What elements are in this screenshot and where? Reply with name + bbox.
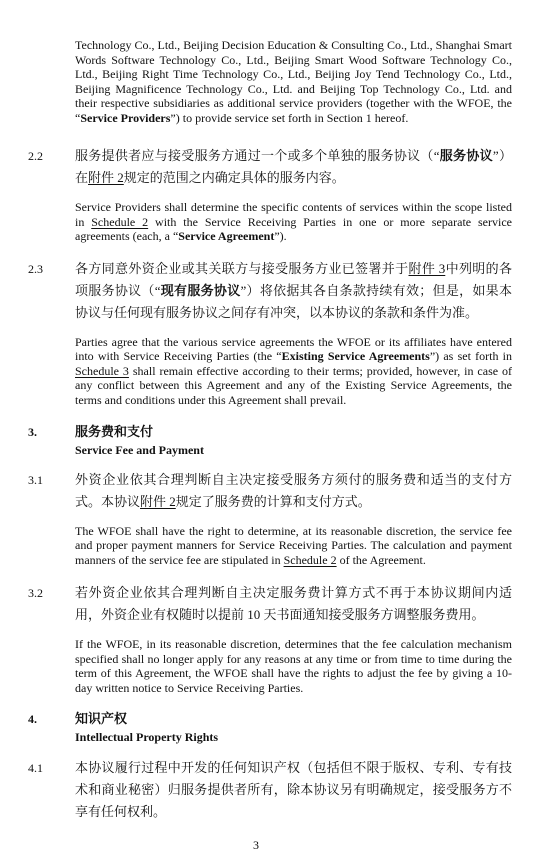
heading-title-en: Service Fee and Payment [75, 443, 512, 458]
paragraph-zh: 外资企业依其合理判断自主决定接受服务方须付的服务费和适当的支付方式。本协议附件 … [75, 469, 512, 513]
intro-paragraph-row: Technology Co., Ltd., Beijing Decision E… [28, 38, 512, 125]
heading-title-zh: 知识产权 [75, 708, 512, 730]
paragraph-zh: 服务提供者应与接受服务方通过一个或多个单独的服务协议（“服务协议”）在附件 2规… [75, 145, 512, 189]
paragraph-en: Parties agree that the various service a… [75, 335, 512, 408]
paragraph-en: The WFOE shall have the right to determi… [75, 524, 512, 568]
section-2-3: 2.3 各方同意外资企业或其关联方与接受服务方业已签署并于附件 3中列明的各项服… [28, 258, 512, 408]
section-3-2: 3.2 若外资企业依其合理判断自主决定服务费计算方式不再于本协议期间内适用，外资… [28, 582, 512, 695]
section-number: 2.2 [28, 145, 75, 244]
document-page: Technology Co., Ltd., Beijing Decision E… [0, 0, 542, 860]
section-3-1: 3.1 外资企业依其合理判断自主决定接受服务方须付的服务费和适当的支付方式。本协… [28, 469, 512, 568]
heading-title-en: Intellectual Property Rights [75, 730, 512, 745]
heading-number: 4. [28, 708, 75, 745]
paragraph-en: If the WFOE, in its reasonable discretio… [75, 637, 512, 695]
heading-number: 3. [28, 421, 75, 458]
section-number: 2.3 [28, 258, 75, 408]
section-number: 3.2 [28, 582, 75, 695]
section-number: 4.1 [28, 757, 75, 823]
section-number: 3.1 [28, 469, 75, 568]
paragraph-zh: 若外资企业依其合理判断自主决定服务费计算方式不再于本协议期间内适用，外资企业有权… [75, 582, 512, 626]
paragraph-zh: 本协议履行过程中开发的任何知识产权（包括但不限于版权、专利、专有技术和商业秘密）… [75, 757, 512, 823]
section-2-2: 2.2 服务提供者应与接受服务方通过一个或多个单独的服务协议（“服务协议”）在附… [28, 145, 512, 244]
heading-4: 4. 知识产权 Intellectual Property Rights [28, 708, 512, 745]
section-4-1: 4.1 本协议履行过程中开发的任何知识产权（包括但不限于版权、专利、专有技术和商… [28, 757, 512, 823]
heading-3: 3. 服务费和支付 Service Fee and Payment [28, 421, 512, 458]
page-number: 3 [0, 838, 512, 852]
intro-paragraph: Technology Co., Ltd., Beijing Decision E… [75, 38, 512, 125]
paragraph-en: Service Providers shall determine the sp… [75, 200, 512, 244]
section-number-blank [28, 38, 75, 125]
heading-title-zh: 服务费和支付 [75, 421, 512, 443]
paragraph-zh: 各方同意外资企业或其关联方与接受服务方业已签署并于附件 3中列明的各项服务协议（… [75, 258, 512, 324]
